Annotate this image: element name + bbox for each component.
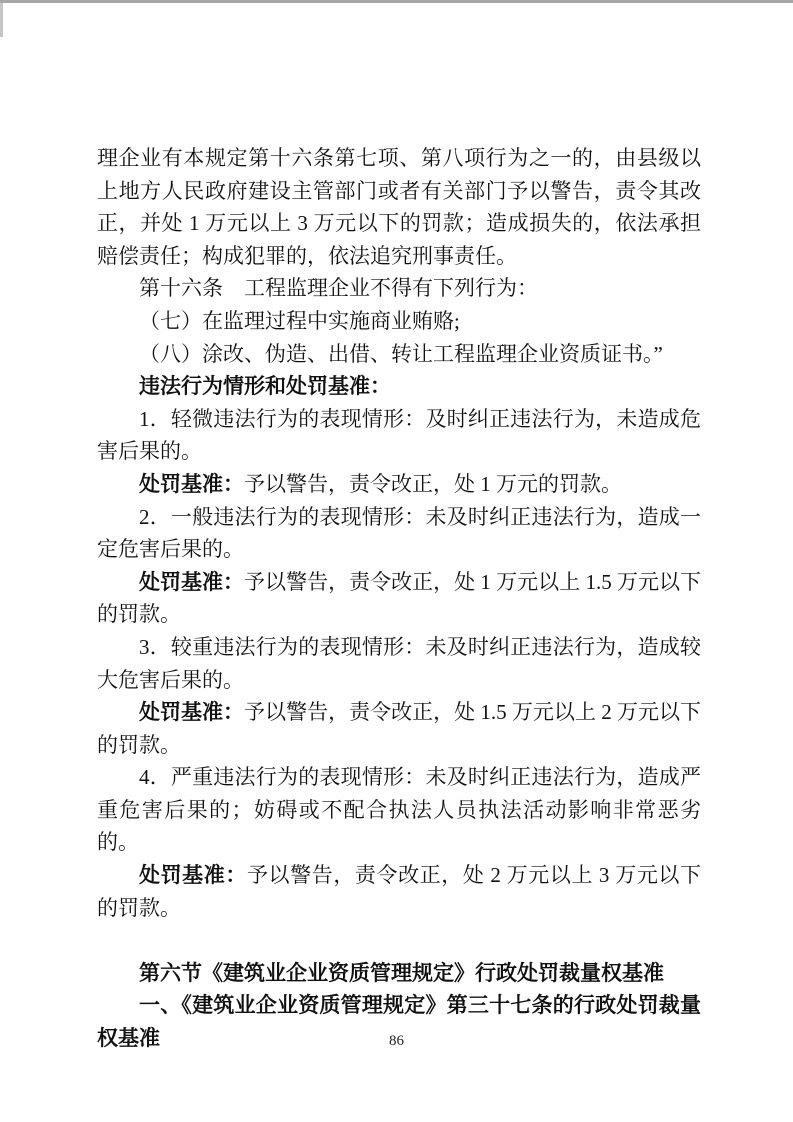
page-footer: 86 [0,1031,793,1051]
heading-violation-circumstances: 违法行为情形和处罚基准： [97,370,701,403]
paragraph-level-1-circumstance: 1．轻微违法行为的表现情形：及时纠正违法行为，未造成危害后果的。 [97,403,701,468]
paragraph-level-1-penalty: 处罚基准：予以警告，责令改正，处 1 万元的罚款。 [97,468,701,501]
paragraph-level-3-penalty: 处罚基准：予以警告，责令改正，处 1.5 万元以上 2 万元以下的罚款。 [97,696,701,761]
paragraph-level-3-circumstance: 3．较重违法行为的表现情形：未及时纠正违法行为，造成较大危害后果的。 [97,631,701,696]
penalty-basis-label: 处罚基准： [139,700,244,724]
paragraph-item-8: （八）涂改、伪造、出借、转让工程监理企业资质证书。” [97,338,701,371]
paragraph-article-16: 第十六条 工程监理企业不得有下列行为： [97,272,701,305]
penalty-basis-label: 处罚基准： [139,472,244,496]
document-body: 理企业有本规定第十六条第七项、第八项行为之一的，由县级以上地方人民政府建设主管部… [97,142,701,1055]
penalty-basis-label: 处罚基准： [139,570,244,594]
scan-edge-top [0,0,793,3]
page-number: 86 [389,1033,404,1049]
document-page: 理企业有本规定第十六条第七项、第八项行为之一的，由县级以上地方人民政府建设主管部… [0,0,793,1122]
paragraph-continuation: 理企业有本规定第十六条第七项、第八项行为之一的，由县级以上地方人民政府建设主管部… [97,142,701,272]
paragraph-level-4-penalty: 处罚基准：予以警告，责令改正，处 2 万元以上 3 万元以下的罚款。 [97,859,701,924]
paragraph-level-2-penalty: 处罚基准：予以警告，责令改正，处 1 万元以上 1.5 万元以下的罚款。 [97,566,701,631]
scan-edge-left [0,3,3,37]
paragraph-item-7: （七）在监理过程中实施商业贿赂; [97,305,701,338]
paragraph-level-4-circumstance: 4．严重违法行为的表现情形：未及时纠正违法行为，造成严重危害后果的；妨碍或不配合… [97,761,701,859]
penalty-basis-text: 予以警告，责令改正，处 1 万元的罚款。 [244,472,622,496]
heading-section-6: 第六节《建筑业企业资质管理规定》行政处罚裁量权基准 [97,957,701,990]
blank-line [97,924,701,957]
paragraph-level-2-circumstance: 2．一般违法行为的表现情形：未及时纠正违法行为，造成一定危害后果的。 [97,501,701,566]
penalty-basis-label: 处罚基准： [139,863,247,887]
